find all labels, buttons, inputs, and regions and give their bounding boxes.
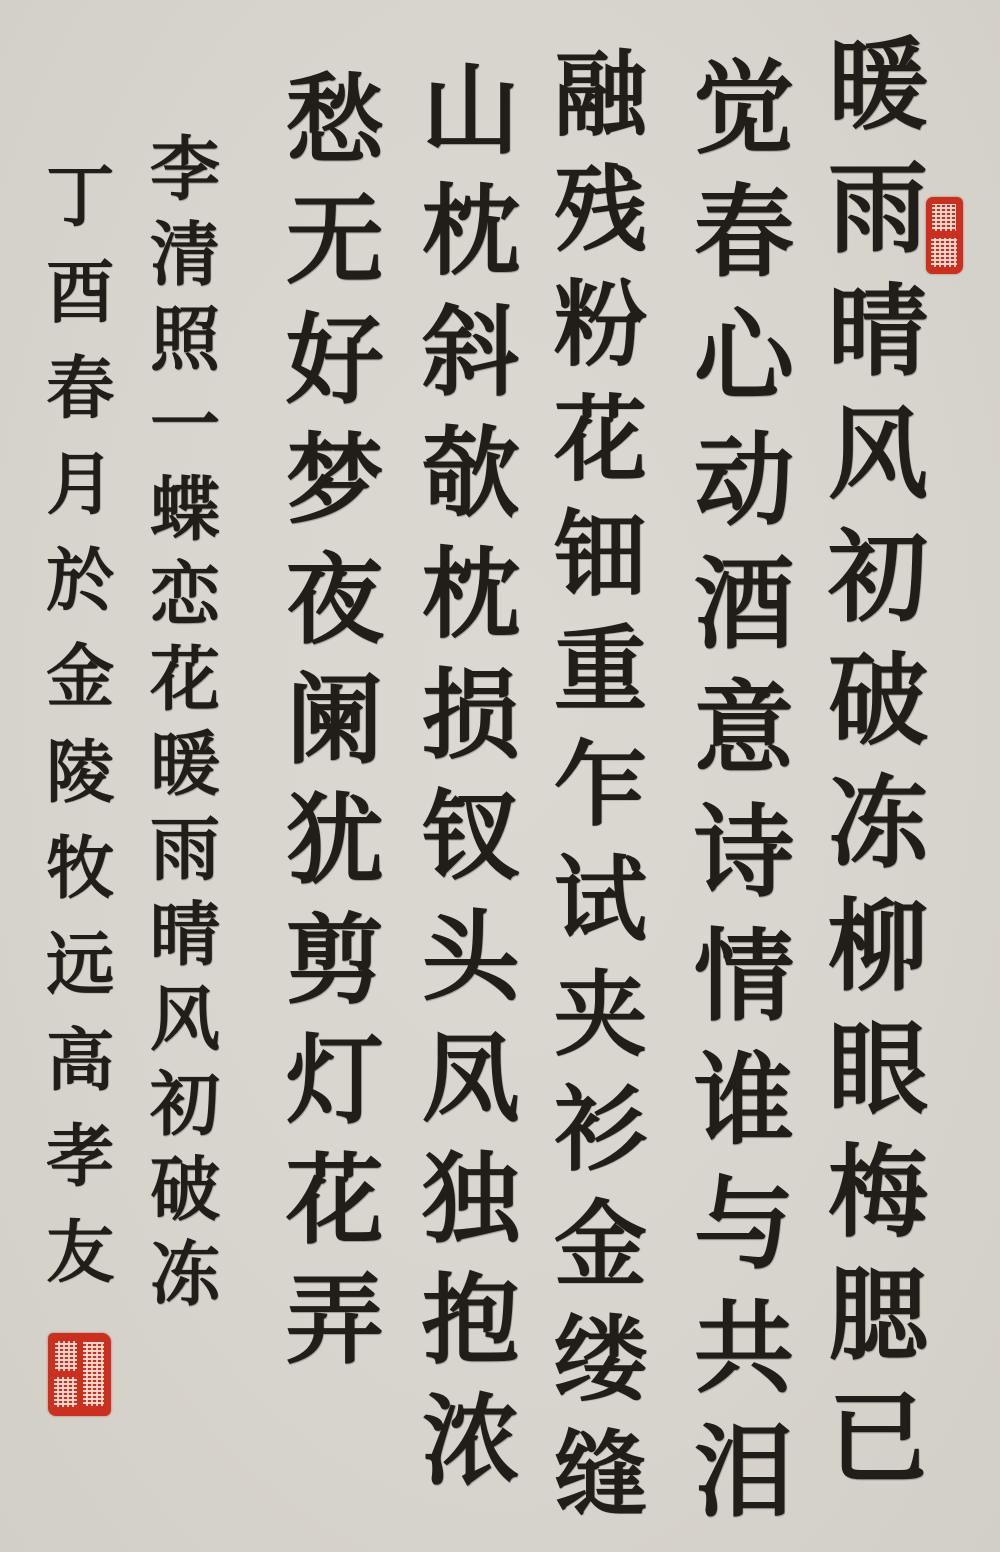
colophon-signature-column: 丁酉春月於金陵牧远高孝友 (28, 160, 120, 1320)
poem-column-3: 融残粉花钿重乍试夹衫金缕缝 (530, 45, 656, 1550)
artist-seal-top-right-icon (926, 197, 963, 274)
seal-carving-mark (54, 1377, 77, 1407)
poem-column-2: 觉春心动酒意诗情谁与共泪 (668, 55, 803, 1552)
calligraphy-paper: 暖雨晴风初破冻柳眼梅腮已 觉春心动酒意诗情谁与共泪 融残粉花钿重乍试夹衫金缕缝 … (0, 0, 1000, 1552)
seal-carving-mark (55, 1341, 77, 1371)
artist-seal-bottom-left-icon (48, 1333, 111, 1416)
poem-column-1: 暖雨晴风初破冻柳眼梅腮已 (802, 32, 937, 1522)
poem-column-5: 愁无好梦夜阑犹剪灯花弄 (260, 68, 392, 1398)
seal-carving-mark (931, 238, 957, 267)
seal-carving-mark (932, 204, 956, 231)
seal-carving-mark (83, 1342, 104, 1406)
poem-column-4: 山枕斜欹枕损钗头凤独抱浓 (396, 58, 528, 1518)
colophon-title-column: 李清照一蝶恋花暖雨晴风初破冻 (132, 132, 227, 1332)
